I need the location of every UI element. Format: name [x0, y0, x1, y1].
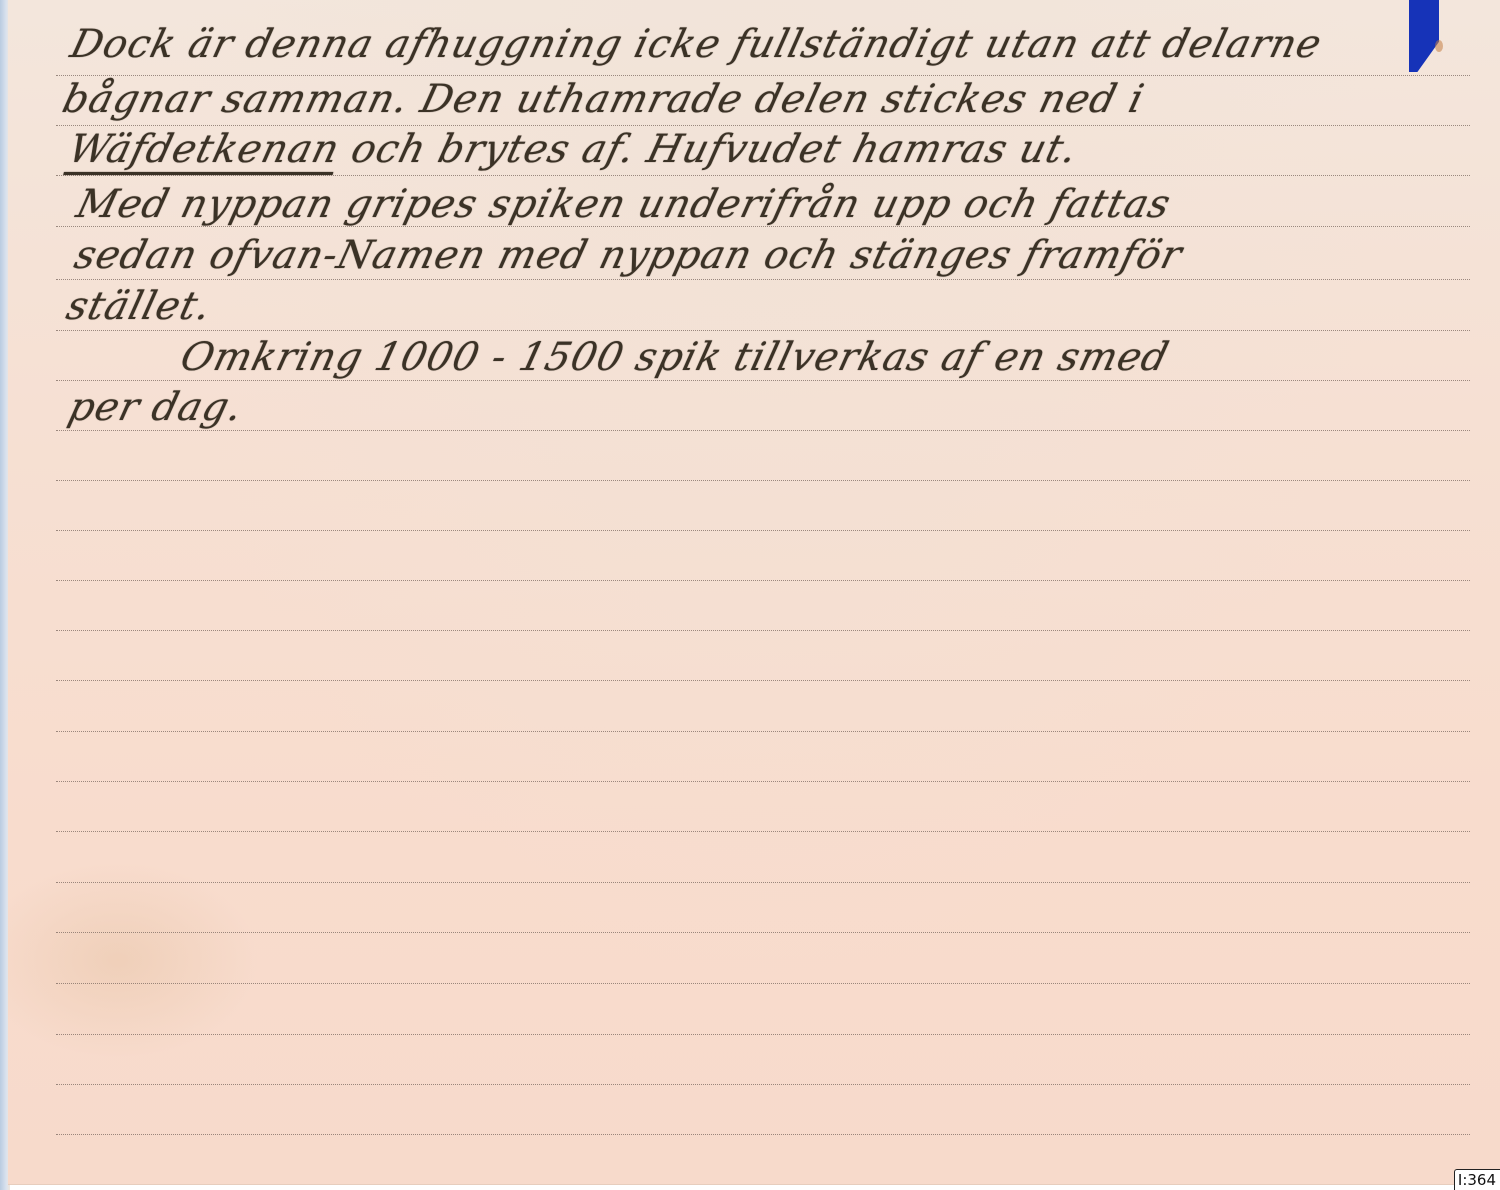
handwriting-text: stället.	[62, 284, 216, 329]
handwriting-line-5: sedan ofvan-Namen med nyppan och stänges…	[70, 233, 1187, 278]
handwriting-text: bågnar samman. Den uthamrade delen stick…	[58, 77, 1149, 122]
underlined-word: Wäfdetkenan	[64, 127, 345, 172]
handwriting-text: och brytes af. Hufvudet hamras ut.	[333, 127, 1082, 172]
handwriting-line-4: Med nyppan gripes spiken underifrån upp …	[72, 182, 1175, 227]
handwriting-text: Dock är denna afhuggning icke fullständi…	[66, 22, 1327, 67]
handwriting-line-1: Dock är denna afhuggning icke fullständi…	[66, 22, 1327, 67]
handwriting-line-2: bågnar samman. Den uthamrade delen stick…	[58, 77, 1149, 122]
handwriting-line-3: Wäfdetkenan och brytes af. Hufvudet hamr…	[64, 127, 1082, 172]
archive-reference-label: I:364	[1454, 1169, 1500, 1190]
handwriting-text: per dag.	[64, 385, 248, 430]
handwriting-line-7: Omkring 1000 - 1500 spik tillverkas af e…	[176, 335, 1174, 380]
handwriting-line-8: per dag.	[64, 385, 248, 430]
handwriting-text: Omkring 1000 - 1500 spik tillverkas af e…	[176, 335, 1174, 380]
paper-stain	[1435, 40, 1443, 52]
handwritten-text: Dock är denna afhuggning icke fullständi…	[0, 0, 1500, 1190]
handwriting-line-6: stället.	[62, 284, 216, 329]
handwriting-text: Med nyppan gripes spiken underifrån upp …	[72, 182, 1175, 227]
handwriting-text: sedan ofvan-Namen med nyppan och stänges…	[70, 233, 1187, 278]
scanned-page: Dock är denna afhuggning icke fullständi…	[0, 0, 1500, 1190]
